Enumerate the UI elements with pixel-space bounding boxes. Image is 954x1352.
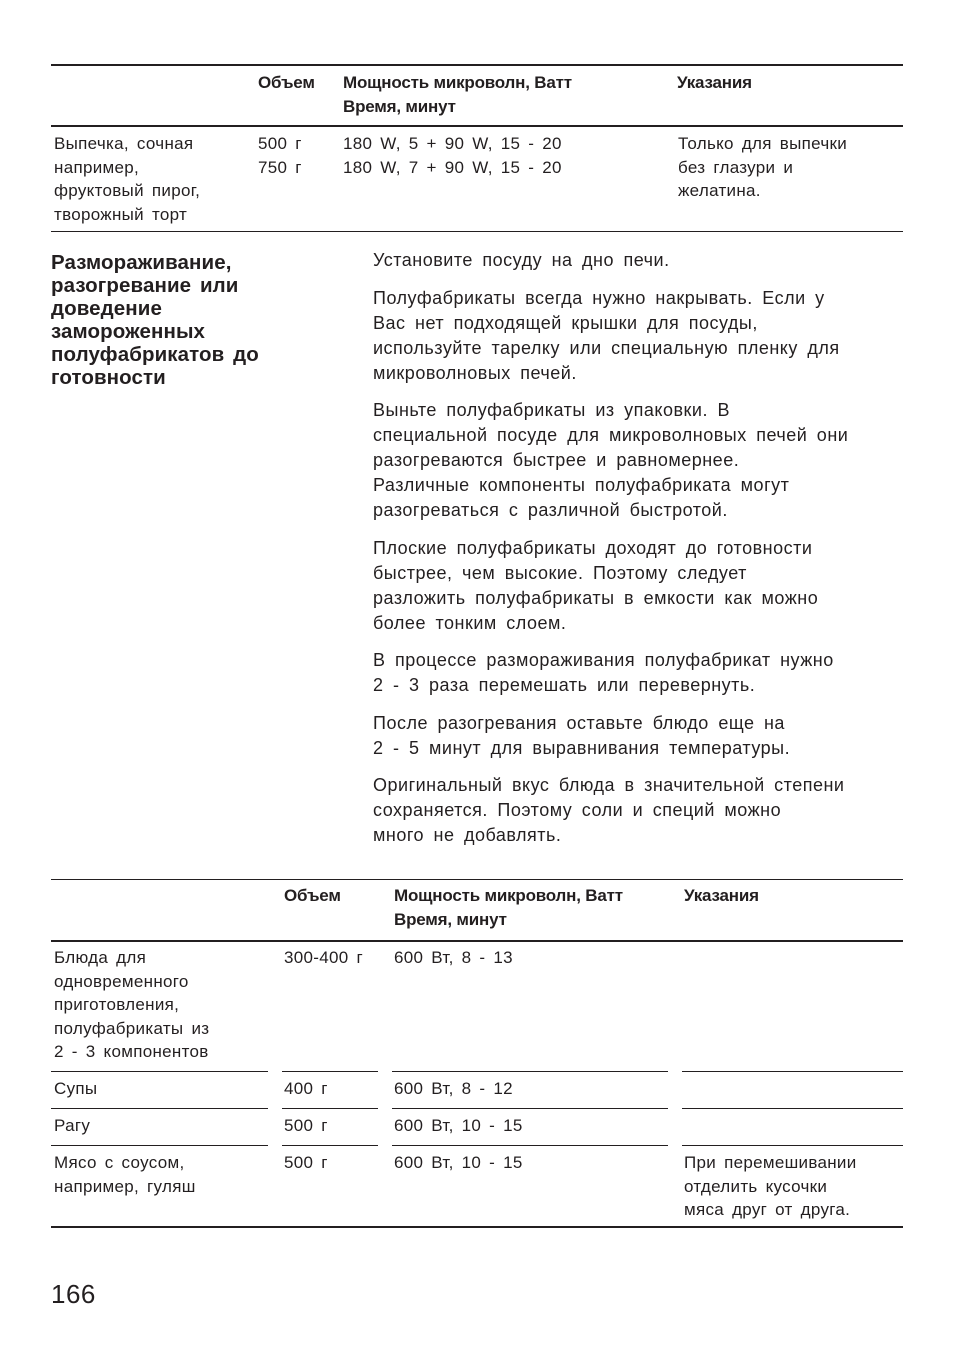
page-number: 166 xyxy=(51,1279,96,1310)
heading-line: разогревание или xyxy=(51,274,259,297)
heading-line: полуфабрикатов до xyxy=(51,343,259,366)
paragraph-line: много не добавлять. xyxy=(373,823,913,848)
heading-line: Размораживание, xyxy=(51,251,259,274)
heading-line: готовности xyxy=(51,366,259,389)
paragraph-line: быстрее, чем высокие. Поэтому следует xyxy=(373,561,913,586)
dish-line: Блюда для xyxy=(54,946,209,970)
notes-line: без глазури и xyxy=(678,156,847,180)
row-separator xyxy=(392,1071,668,1072)
header-volume-text: Объем xyxy=(284,884,341,908)
table-2-row-1-power: 600 Вт, 8 - 12 xyxy=(394,1077,513,1101)
heading-line: замороженных xyxy=(51,320,259,343)
heading-line: доведение xyxy=(51,297,259,320)
table-2-row-3-volume: 500 г xyxy=(284,1151,328,1175)
dish-line: приготовления, xyxy=(54,993,209,1017)
table-2-top-rule xyxy=(51,879,903,880)
paragraph-line: После разогревания оставьте блюдо еще на xyxy=(373,711,913,736)
table-2-row-2-volume: 500 г xyxy=(284,1114,328,1138)
header-power-text: Мощность микроволн, Ватт xyxy=(343,71,572,95)
table-2-bottom-rule xyxy=(51,1226,903,1228)
row-separator xyxy=(51,1108,268,1109)
dish-line: творожный торт xyxy=(54,203,200,227)
table-2-row-2-power: 600 Вт, 10 - 15 xyxy=(394,1114,523,1138)
dish-line: Рагу xyxy=(54,1114,90,1138)
paragraph: После разогревания оставьте блюдо еще на… xyxy=(373,711,913,761)
paragraph-line: сохраняется. Поэтому соли и специй можно xyxy=(373,798,913,823)
row-separator xyxy=(51,1071,268,1072)
table-2-row-3-dish: Мясо с соусом, например, гуляш xyxy=(54,1151,196,1198)
section-heading: Размораживание, разогревание или доведен… xyxy=(51,251,259,389)
dish-line: Супы xyxy=(54,1077,97,1101)
table-2-row-1-volume: 400 г xyxy=(284,1077,328,1101)
row-separator xyxy=(51,1145,268,1146)
table-2-row-0-volume: 300-400 г xyxy=(284,946,363,970)
header-time-text: Время, минут xyxy=(343,95,572,119)
paragraph-line: 2 - 3 раза перемешать или перевернуть. xyxy=(373,673,913,698)
power-line: 180 W, 7 + 90 W, 15 - 20 xyxy=(343,156,562,180)
header-time-text: Время, минут xyxy=(394,908,623,932)
table-1-header-volume: Объем xyxy=(258,71,315,95)
dish-line: 2 - 3 компонентов xyxy=(54,1040,209,1064)
paragraph: В процессе размораживания полуфабрикат н… xyxy=(373,648,913,698)
power-line: 600 Вт, 8 - 13 xyxy=(394,946,513,970)
row-separator xyxy=(282,1108,378,1109)
table-2-row-0-dish: Блюда для одновременного приготовления, … xyxy=(54,946,209,1064)
paragraph-line: Оригинальный вкус блюда в значительной с… xyxy=(373,773,913,798)
dish-line: например, xyxy=(54,156,200,180)
paragraph: Полуфабрикаты всегда нужно накрывать. Ес… xyxy=(373,286,913,386)
paragraph-line: Различные компоненты полуфабриката могут xyxy=(373,473,913,498)
table-1-top-rule xyxy=(51,64,903,66)
paragraph-line: Полуфабрикаты всегда нужно накрывать. Ес… xyxy=(373,286,913,311)
paragraph-line: более тонким слоем. xyxy=(373,611,913,636)
header-power-text: Мощность микроволн, Ватт xyxy=(394,884,623,908)
header-volume-text: Объем xyxy=(258,71,315,95)
table-2-row-0-power: 600 Вт, 8 - 13 xyxy=(394,946,513,970)
paragraph-line: разогреваться с различной быстротой. xyxy=(373,498,913,523)
table-2-header-notes: Указания xyxy=(684,884,759,908)
volume-line: 500 г xyxy=(284,1151,328,1175)
row-separator xyxy=(682,1145,903,1146)
paragraph-line: Вас нет подходящей крышки для посуды, xyxy=(373,311,913,336)
volume-line: 400 г xyxy=(284,1077,328,1101)
table-1-row-0-power: 180 W, 5 + 90 W, 15 - 20 180 W, 7 + 90 W… xyxy=(343,132,562,179)
notes-line: Только для выпечки xyxy=(678,132,847,156)
dish-line: одновременного xyxy=(54,970,209,994)
power-line: 600 Вт, 10 - 15 xyxy=(394,1151,523,1175)
row-separator xyxy=(282,1071,378,1072)
paragraph: Установите посуду на дно печи. xyxy=(373,248,913,273)
section-body: Установите посуду на дно печи. Полуфабри… xyxy=(373,248,913,861)
paragraph-line: микроволновых печей. xyxy=(373,361,913,386)
row-separator xyxy=(682,1108,903,1109)
dish-line: фруктовый пирог, xyxy=(54,179,200,203)
table-2-row-3-power: 600 Вт, 10 - 15 xyxy=(394,1151,523,1175)
paragraph-line: Установите посуду на дно печи. xyxy=(373,248,913,273)
paragraph-line: разогреваются быстрее и равномернее. xyxy=(373,448,913,473)
table-1-header-rule xyxy=(51,125,903,127)
power-line: 600 Вт, 8 - 12 xyxy=(394,1077,513,1101)
row-separator xyxy=(282,1145,378,1146)
table-2-row-1-dish: Супы xyxy=(54,1077,97,1101)
notes-line: мяса друг от друга. xyxy=(684,1198,857,1222)
dish-line: например, гуляш xyxy=(54,1175,196,1199)
table-2-header-power: Мощность микроволн, Ватт Время, минут xyxy=(394,884,623,932)
paragraph-line: В процессе размораживания полуфабрикат н… xyxy=(373,648,913,673)
table-1-row-0-dish: Выпечка, сочная например, фруктовый пиро… xyxy=(54,132,200,226)
table-1-row-0-notes: Только для выпечки без глазури и желатин… xyxy=(678,132,847,203)
row-separator xyxy=(392,1108,668,1109)
paragraph: Оригинальный вкус блюда в значительной с… xyxy=(373,773,913,848)
volume-line: 500 г xyxy=(284,1114,328,1138)
paragraph-line: 2 - 5 минут для выравнивания температуры… xyxy=(373,736,913,761)
power-line: 180 W, 5 + 90 W, 15 - 20 xyxy=(343,132,562,156)
volume-line: 750 г xyxy=(258,156,302,180)
table-2-header-volume: Объем xyxy=(284,884,341,908)
paragraph-line: Плоские полуфабрикаты доходят до готовно… xyxy=(373,536,913,561)
paragraph-line: разложить полуфабрикаты в емкости как мо… xyxy=(373,586,913,611)
table-2-header-rule xyxy=(51,940,903,942)
power-line: 600 Вт, 10 - 15 xyxy=(394,1114,523,1138)
dish-line: Выпечка, сочная xyxy=(54,132,200,156)
notes-line: При перемешивании xyxy=(684,1151,857,1175)
table-1-header-power: Мощность микроволн, Ватт Время, минут xyxy=(343,71,572,119)
table-1-row-0-volume: 500 г 750 г xyxy=(258,132,302,179)
header-notes-text: Указания xyxy=(684,884,759,908)
dish-line: Мясо с соусом, xyxy=(54,1151,196,1175)
table-1-bottom-rule xyxy=(51,231,903,232)
paragraph-line: специальной посуде для микроволновых печ… xyxy=(373,423,913,448)
paragraph: Выньте полуфабрикаты из упаковки. В спец… xyxy=(373,398,913,523)
volume-line: 500 г xyxy=(258,132,302,156)
table-2-row-2-dish: Рагу xyxy=(54,1114,90,1138)
notes-line: желатина. xyxy=(678,179,847,203)
row-separator xyxy=(682,1071,903,1072)
volume-line: 300-400 г xyxy=(284,946,363,970)
table-1-header-notes: Указания xyxy=(677,71,752,95)
notes-line: отделить кусочки xyxy=(684,1175,857,1199)
dish-line: полуфабрикаты из xyxy=(54,1017,209,1041)
paragraph-line: используйте тарелку или специальную плен… xyxy=(373,336,913,361)
table-2-row-3-notes: При перемешивании отделить кусочки мяса … xyxy=(684,1151,857,1222)
paragraph: Плоские полуфабрикаты доходят до готовно… xyxy=(373,536,913,636)
paragraph-line: Выньте полуфабрикаты из упаковки. В xyxy=(373,398,913,423)
row-separator xyxy=(392,1145,668,1146)
header-notes-text: Указания xyxy=(677,71,752,95)
